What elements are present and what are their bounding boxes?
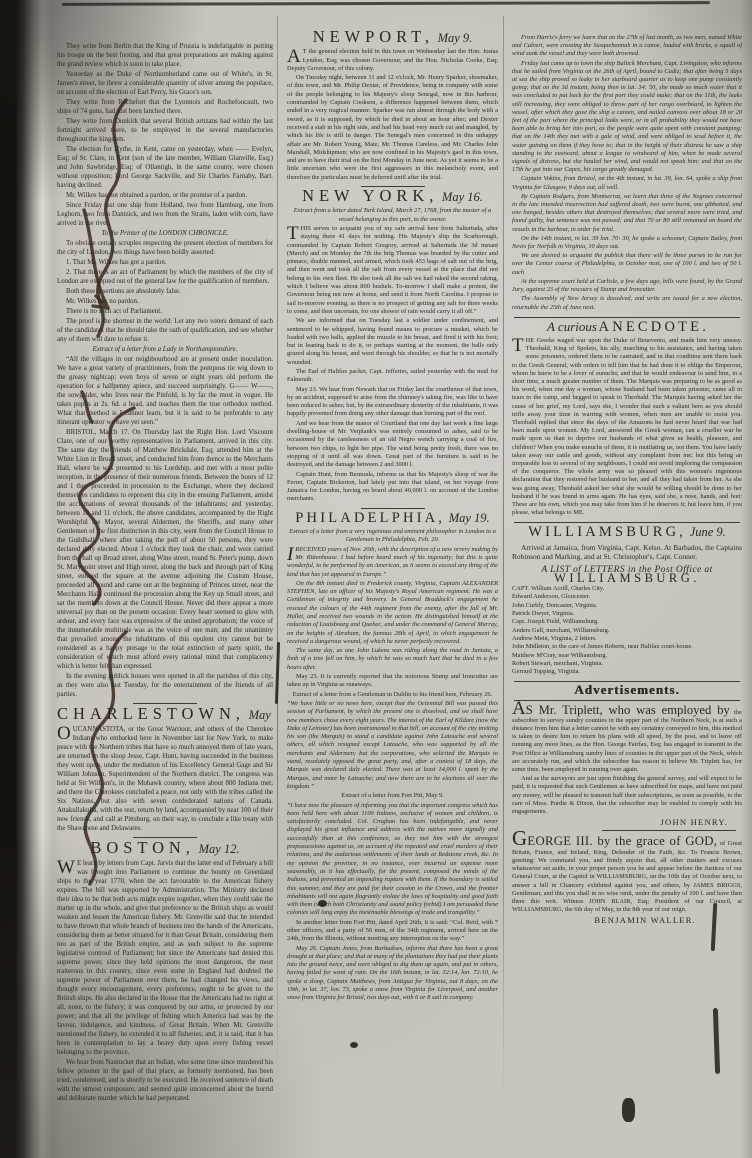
article-paragraph: IRECEIVED yours of Nov. 20th, with the d…: [287, 546, 498, 579]
drop-cap: W: [57, 859, 77, 876]
section-rule: [514, 700, 740, 701]
dateline-city: NEW YORK,: [302, 186, 438, 205]
article-paragraph: THE Greeks waged war upon the Duke of Be…: [512, 337, 742, 517]
letter-entry: Edward Anderson, Gloucester.: [512, 593, 742, 601]
letters-list-title-place: WILLIAMSBURG.: [512, 574, 742, 582]
dateline-city: BOSTON,: [90, 838, 195, 857]
dateline-boston: BOSTON, May 12.: [57, 843, 273, 856]
article-paragraph: Arrived at Jamaica, from Virginia, Capt.…: [512, 543, 742, 562]
dateline-city: PHILADELPHIA,: [295, 510, 445, 526]
dateline-date: May 2.: [249, 708, 273, 722]
column-rule: [503, 16, 504, 1104]
dateline-city: NEWPORT,: [313, 28, 434, 46]
article-paragraph: “We have little or no news here, except …: [287, 700, 498, 791]
letter-entry: Anders Gall, merchant, Williamsburg.: [512, 627, 742, 635]
dateline-date: May 16.: [442, 190, 483, 204]
article-text: UCANNASTOTA, or the Great Warriour, and …: [57, 726, 273, 832]
drop-cap: A: [287, 48, 303, 65]
article-paragraph: WE learn by letters from Capt. Jarvis th…: [57, 859, 273, 1057]
article-paragraph: In another letter from Fort Pitt, dated …: [287, 919, 498, 944]
column-middle: NEWPORT, May 9. AT the general election …: [287, 28, 498, 1120]
ink-stroke: [275, 642, 280, 704]
ad-text: the subscriber to survey sundry counties…: [512, 709, 742, 773]
article-paragraph: They write from Rochefort that the Lyonn…: [57, 98, 273, 116]
letter-entry: Gerrard Topping, Virginia.: [512, 668, 742, 676]
article-paragraph: On Tuesday night, between 11 and 12 o'cl…: [287, 74, 498, 182]
letter-intro: Extract of a letter from Fort Pitt, May …: [287, 792, 498, 800]
column-left: They write from Berlin that the King of …: [57, 42, 273, 1118]
writ-text: of Great Britain, France, and Ireland, K…: [512, 840, 742, 913]
dateline-philadelphia: PHILADELPHIA, May 19.: [287, 514, 498, 525]
heading-title: ANECDOTE.: [599, 319, 709, 335]
dateline-city: WILLIAMSBURG,: [528, 524, 686, 540]
article-paragraph: 1. That Mr. Wilkes has got a pardon.: [57, 258, 273, 267]
heading-lead: A curious: [547, 319, 597, 334]
article-paragraph: Yesterday as the Duke of Northumberland …: [57, 70, 273, 97]
article-paragraph: Mr. Wilkes has no pardon.: [57, 297, 273, 306]
column-rule: [277, 16, 278, 1104]
section-rule: [514, 317, 740, 318]
signature-benjamin-waller: BENJAMIN WALLER.: [512, 916, 742, 924]
dateline-date: May 12.: [199, 842, 240, 856]
letter-entry: Matthew M'Cray, near Williamsburg.: [512, 652, 742, 660]
letter-intro: Extract of a letter from a very ingeniou…: [287, 528, 498, 545]
letter-entry: Andrew Mein, Virginia, 2 letters.: [512, 635, 742, 643]
article-paragraph: 2. That there is an act of Parliament by…: [57, 268, 273, 286]
letter-intro: Extract from a letter dated Turk Island,…: [287, 207, 498, 224]
article-paragraph: OUCANNASTOTA, or the Great Warriour, and…: [57, 725, 273, 833]
letter-entry: Patrick Dwyer, Virginia.: [512, 610, 742, 618]
article-paragraph: We are informed that on Tuesday last a s…: [287, 317, 498, 367]
article-paragraph: On the 14th instant, in lat. 39 lon. 70:…: [512, 235, 742, 251]
dateline-date: May 9.: [438, 31, 473, 45]
dateline-newport: NEWPORT, May 9.: [287, 33, 498, 45]
article-paragraph: Mr. Wilkes has not obtained a pardon, or…: [57, 191, 273, 200]
heading-anecdote: A curious ANECDOTE.: [512, 323, 742, 334]
letter-intro: Extract of a letter from a Gentleman in …: [287, 691, 498, 699]
article-paragraph: The Earl of Halifax packet, Capt. Jeffer…: [287, 368, 498, 385]
dateline-city: CHARLESTOWN,: [57, 704, 245, 723]
article-paragraph: The proof is the shortest in the world: …: [57, 317, 273, 344]
article-paragraph: From Harris's ferry we learn that on the…: [512, 34, 742, 59]
article-paragraph: May 23. It is currently reported that th…: [287, 673, 498, 690]
drop-cap: T: [287, 225, 301, 242]
article-paragraph: AT the general election held in this tow…: [287, 48, 498, 73]
signature-john-henry: JOHN HENRY.: [512, 818, 742, 826]
drop-cap: T: [512, 337, 526, 354]
newspaper-page-scan: They write from Berlin that the King of …: [0, 0, 752, 1158]
royal-writ: GEORGE III. by the grace of GOD, of Grea…: [512, 834, 742, 914]
article-paragraph: At the supreme court held at Carlisle, a…: [512, 278, 742, 294]
article-paragraph: “I have now the pleasure of informing yo…: [287, 802, 498, 918]
article-paragraph: Both these assertions are absolutely fal…: [57, 287, 273, 296]
article-paragraph: They write from Berlin that the King of …: [57, 42, 273, 69]
article-text: HE Greeks waged war upon the Duke of Ben…: [512, 337, 742, 516]
article-text: RECEIVED yours of Nov. 20th, with the de…: [287, 546, 498, 578]
section-rule: [514, 522, 740, 523]
section-heading-lady-letter: Extract of a letter from a Lady in North…: [57, 345, 273, 354]
article-paragraph: By Captain Rodgers, from Montserrat, we …: [512, 193, 742, 234]
section-heading-london-chronicle: To the Printer of the LONDON CHRONICLE.: [57, 229, 273, 238]
article-paragraph-bristol: BRISTOL, March 17. On Thursday last the …: [57, 428, 273, 671]
article-paragraph: There is no such act of Parliament.: [57, 307, 273, 316]
article-text: HIS serves to acquaint you of my safe ar…: [287, 225, 498, 315]
article-paragraph: May 23. We hear from Newark that on Frid…: [287, 386, 498, 419]
article-paragraph: The same day, as one John Lukens was rid…: [287, 647, 498, 672]
letter-entry: Robert Stewart, merchant, Virginia.: [512, 660, 742, 668]
article-paragraph: Captain Vokins, from Bristol, on the 4th…: [512, 175, 742, 191]
article-paragraph: They write from Dunkirk that several Bri…: [57, 117, 273, 144]
letter-entry: Capt. Joseph Field, Williamsburg.: [512, 618, 742, 626]
article-paragraph: Since Friday last one ship from Holland,…: [57, 201, 273, 228]
article-paragraph: The election for Hythe, in Kent, came on…: [57, 145, 273, 190]
article-paragraph: We hear from Nantucket that an Indian, w…: [57, 1058, 273, 1103]
dateline-date: May 19.: [449, 511, 490, 525]
article-paragraph: “All the villages in our neighbourhood a…: [57, 355, 273, 427]
article-text: T the general election held in this town…: [287, 48, 498, 72]
dateline-charlestown: CHARLESTOWN, May 2.: [57, 709, 273, 722]
article-paragraph: The Assembly of New Jersey is dissolved,…: [512, 295, 742, 311]
column-right: From Harris's ferry we learn that on the…: [512, 34, 742, 1138]
dateline-date: June 9.: [690, 525, 726, 539]
article-paragraph: We are desired to acquaint the publick t…: [512, 252, 742, 277]
article-paragraph: On the 8th instant died in Frederick cou…: [287, 580, 498, 646]
advertisements-heading: Advertisements.: [512, 686, 742, 694]
article-text: E learn by letters from Capt. Jarvis tha…: [57, 860, 273, 1056]
article-paragraph: And we hear from the manor of Courtland …: [287, 420, 498, 470]
writ-lead-line: GEORGE III. by the grace of GOD,: [512, 834, 717, 848]
letter-entry: CAPT. William Acrill, Charles City.: [512, 585, 742, 593]
article-paragraph: Captain Hunt, from Bermuda, informs us t…: [287, 471, 498, 504]
dateline-new-york: NEW YORK, May 16.: [287, 192, 498, 204]
letter-entry: John Midleton, to the care of James Robe…: [512, 643, 742, 651]
article-paragraph: To obviate certain scruples respecting t…: [57, 239, 273, 257]
article-paragraph: May 26. Captain Jones, from Barbadoes, i…: [287, 945, 498, 1003]
dateline-williamsburg: WILLIAMSBURG, June 9.: [512, 528, 742, 539]
advertisement-triplett: AS Mr. Triplett, who was employed by the…: [512, 705, 742, 775]
ad-lead-line: AS Mr. Triplett, who was employed by: [512, 703, 730, 717]
advertisement-paragraph: And as the surveyors are just upon finis…: [512, 775, 742, 816]
section-rule: [361, 508, 425, 509]
article-paragraph: In the evening publick houses were opene…: [57, 672, 273, 699]
scan-edge-shadow: [62, 1, 710, 6]
article-paragraph: Friday last came up to town the ship Bal…: [512, 60, 742, 175]
article-paragraph: THIS serves to acquaint you of my safe a…: [287, 225, 498, 316]
letter-entry: John Curbly, Doncaster, Virginia.: [512, 602, 742, 610]
drop-cap: O: [57, 725, 73, 742]
section-rule: [602, 830, 736, 831]
